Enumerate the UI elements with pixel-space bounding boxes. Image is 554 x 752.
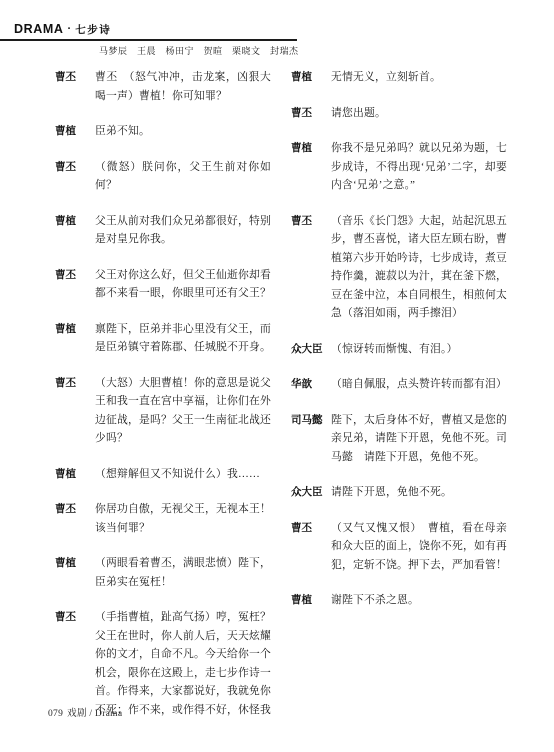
dialogue-row: 曹植谢陛下不杀之恩。 [291,591,507,610]
speaker-name: 曹丕 [55,374,95,448]
dialogue-text: （想辩解但又不知说什么）我…… [95,465,271,484]
speaker-name: 曹丕 [55,266,95,303]
dialogue-row: 众大臣（惊讶转而惭愧、有泪。） [291,340,507,359]
speaker-name: 曹丕 [55,68,95,105]
dialogue-row: 曹丕请您出题。 [291,104,507,123]
dialogue-text: 父王从前对我们众兄弟都很好，特别是对皇兄你我。 [95,212,271,249]
dialogue-row: 曹植禀陛下，臣弟并非心里没有父王，而是臣弟镇守着陈郡、任城脱不开身。 [55,320,271,357]
dialogue-row: 曹植臣弟不知。 [55,122,271,141]
page-title: 七步诗 [75,24,111,36]
dialogue-text: （音乐《长门怨》大起，站起沉思五步，曹丕喜悦，诸大臣左顾右盼，曹植第六步开始吟诗… [331,212,507,323]
dialogue-row: 曹植你我不是兄弟吗？就以兄弟为题，七步成诗，不得出现‘兄弟’二字，却要内含‘兄弟… [291,139,507,195]
speaker-name: 众大臣 [291,483,331,502]
header-rule [0,39,297,41]
masthead-separator: · [68,23,72,35]
dialogue-text: 陛下，太后身体不好，曹植又是您的亲兄弟，请陛下开恩，免他不死。司马懿 请陛下开恩… [331,411,507,467]
dialogue-row: 曹植无情无义，立刻斩首。 [291,68,507,87]
speaker-name: 曹植 [55,554,95,591]
speaker-name: 曹丕 [291,104,331,123]
dialogue-text: 谢陛下不杀之恩。 [331,591,507,610]
dialogue-text: （微怒）朕问你，父王生前对你如何？ [95,158,271,195]
dialogue-text: （惊讶转而惭愧、有泪。） [331,340,507,359]
dialogue-row: 曹丕（音乐《长门怨》大起，站起沉思五步，曹丕喜悦，诸大臣左顾右盼，曹植第六步开始… [291,212,507,323]
dialogue-text: 臣弟不知。 [95,122,271,141]
dialogue-text: 你我不是兄弟吗？就以兄弟为题，七步成诗，不得出现‘兄弟’二字，却要内含‘兄弟’之… [331,139,507,195]
drama-label: DRAMA [14,22,64,36]
dialogue-row: 曹丕（手指曹植，趾高气扬）哼，冤枉？父王在世时，你人前人后，天天炫耀你的文才，自… [55,608,271,719]
dialogue-text: 你居功自傲，无视父王，无视本王！该当何罪？ [95,500,271,537]
speaker-name: 曹植 [55,465,95,484]
dialogue-row: 曹丕曹丕 （怒气冲冲，击龙案，凶狠大喝一声）曹植！你可知罪？ [55,68,271,105]
speaker-name: 曹植 [55,320,95,357]
dialogue-row: 曹植（两眼看着曹丕，满眼悲愤）陛下，臣弟实在冤枉！ [55,554,271,591]
dialogue-row: 众大臣请陛下开恩，免他不死。 [291,483,507,502]
dialogue-text: 曹丕 （怒气冲冲，击龙案，凶狠大喝一声）曹植！你可知罪？ [95,68,271,105]
dialogue-row: 曹丕你居功自傲，无视父王，无视本王！该当何罪？ [55,500,271,537]
speaker-name: 曹丕 [291,212,331,323]
dialogue-text: （暗自佩服，点头赞许转而都有泪） [331,375,507,394]
dialogue-text: 请陛下开恩，免他不死。 [331,483,507,502]
speaker-name: 曹丕 [55,158,95,195]
speaker-name: 曹植 [291,591,331,610]
authors-line: 马梦辰 王晨 杨田宁 贺暄 栗晓文 封瑞杰 [99,44,419,57]
speaker-name: 曹植 [291,139,331,195]
dialogue-text: 请您出题。 [331,104,507,123]
dialogue-text: 无情无义，立刻斩首。 [331,68,507,87]
speaker-name: 曹丕 [291,519,331,575]
dialogue-row: 华歆（暗自佩服，点头赞许转而都有泪） [291,375,507,394]
script-column-right: 曹植无情无义，立刻斩首。曹丕请您出题。曹植你我不是兄弟吗？就以兄弟为题，七步成诗… [291,68,507,627]
dialogue-text: （两眼看着曹丕，满眼悲愤）陛下，臣弟实在冤枉！ [95,554,271,591]
speaker-name: 华歆 [291,375,331,394]
dialogue-text: （又气又愧又恨） 曹植，看在母亲和众大臣的面上，饶你不死，如有再犯，定斩不饶。押… [331,519,507,575]
dialogue-row: 曹植（想辩解但又不知说什么）我…… [55,465,271,484]
page: DRAMA·七步诗 马梦辰 王晨 杨田宁 贺暄 栗晓文 封瑞杰 曹丕曹丕 （怒气… [0,0,554,752]
dialogue-text: （手指曹植，趾高气扬）哼，冤枉？父王在世时，你人前人后，天天炫耀你的文才，自命不… [95,608,271,719]
page-footer: 079戏剧 / Drama [48,705,122,719]
dialogue-row: 司马懿陛下，太后身体不好，曹植又是您的亲兄弟，请陛下开恩，免他不死。司马懿 请陛… [291,411,507,467]
speaker-name: 曹植 [55,212,95,249]
speaker-name: 众大臣 [291,340,331,359]
speaker-name: 曹丕 [55,608,95,719]
speaker-name: 曹丕 [55,500,95,537]
dialogue-row: 曹丕（又气又愧又恨） 曹植，看在母亲和众大臣的面上，饶你不死，如有再犯，定斩不饶… [291,519,507,575]
script-column-left: 曹丕曹丕 （怒气冲冲，击龙案，凶狠大喝一声）曹植！你可知罪？曹植臣弟不知。曹丕（… [55,68,271,736]
dialogue-text: （大怒）大胆曹植！你的意思是说父王和我一直在宫中享福，让你们在外边征战，是吗？父… [95,374,271,448]
page-number: 079 [48,709,63,719]
dialogue-row: 曹丕（微怒）朕问你，父王生前对你如何？ [55,158,271,195]
masthead: DRAMA·七步诗 [14,20,111,38]
dialogue-text: 父王对你这么好，但父王仙逝你却看都不来看一眼，你眼里可还有父王？ [95,266,271,303]
speaker-name: 曹植 [291,68,331,87]
dialogue-text: 禀陛下，臣弟并非心里没有父王，而是臣弟镇守着陈郡、任城脱不开身。 [95,320,271,357]
speaker-name: 司马懿 [291,411,331,467]
section-label: 戏剧 / Drama [67,709,122,719]
dialogue-row: 曹植父王从前对我们众兄弟都很好，特别是对皇兄你我。 [55,212,271,249]
dialogue-row: 曹丕（大怒）大胆曹植！你的意思是说父王和我一直在宫中享福，让你们在外边征战，是吗… [55,374,271,448]
dialogue-row: 曹丕父王对你这么好，但父王仙逝你却看都不来看一眼，你眼里可还有父王？ [55,266,271,303]
speaker-name: 曹植 [55,122,95,141]
